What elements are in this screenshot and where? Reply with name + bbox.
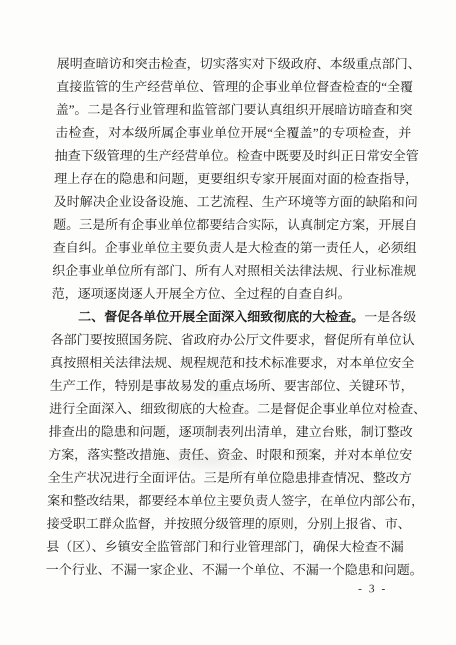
body-text: 一个行业、不漏一家企业、不漏一个单位、不漏一个隐患和问题。: [46, 562, 423, 577]
body-text: 抽查下级管理的生产经营单位。检查中既要及时纠正日常安全管: [55, 148, 419, 163]
document-line: 盖”。二是各行业管理和监管部门要认真组织开展暗访暗查和突: [55, 98, 411, 121]
document-line: 展明查暗访和突击检查，切实落实对下级政府、本级重点部门、: [56, 52, 412, 75]
document-line: 抽查下级管理的生产经营单位。检查中既要及时纠正日常安全管: [54, 144, 410, 167]
body-text: 直接监管的生产经营单位、管理的企事业单位督查检查的“全覆: [56, 79, 413, 94]
body-text: 盖”。二是各行业管理和监管部门要认真组织开展暗访暗查和突: [56, 102, 413, 117]
document-line: 排查出的隐患和问题，逐项制表列出清单，建立台账，制订整改: [48, 420, 404, 443]
document-line: 各部门要按照国务院、省政府办公厅文件要求，督促所有单位认: [50, 328, 406, 351]
document-line: 织企事业单位所有部门、所有人对照相关法律法规、行业标准规: [52, 259, 408, 282]
body-text: 范，逐项逐岗逐人开展全方位、全过程的自查自纠。: [52, 286, 351, 301]
section-heading-text: 二、督促各单位开展全面深入细致彻底的大检查。: [78, 309, 364, 324]
document-line: 真按照相关法律法规、规程规范和技术标准要求，对本单位安全: [50, 351, 406, 374]
body-text: 真按照相关法律法规、规程规范和技术标准要求，对本单位安全: [50, 355, 414, 370]
document-line: 二、督促各单位开展全面深入细致彻底的大检查。一是各级: [51, 305, 407, 328]
document-line: 方案，落实整改措施、责任、资金、时限和预案，并对本单位安: [48, 443, 404, 466]
body-text: 县（区）、乡镇安全监管部门和行业管理部门，确保大检查不漏: [46, 539, 404, 554]
document-line: 题。三是所有企事业单位都要结合实际，认真制定方案，开展自: [53, 213, 409, 236]
body-text: 击检查，对本级所属企事业单位开展“全覆盖”的专项检查，并: [55, 125, 411, 140]
document-line: 击检查，对本级所属企事业单位开展“全覆盖”的专项检查，并: [55, 121, 411, 144]
document-line: 及时解决企业设备设施、工艺流程、生产环境等方面的缺陷和问: [53, 190, 409, 213]
document-line: 进行全面深入、细致彻底的大检查。二是督促企事业单位对检查、: [49, 397, 405, 420]
body-text: 各部门要按照国务院、省政府办公厅文件要求，督促所有单位认: [51, 332, 415, 347]
body-text: 全生产状况进行全面评估。三是所有单位隐患排查情况、整改方: [48, 470, 412, 485]
body-text: 排查出的隐患和问题，逐项制表列出清单，建立台账，制订整改: [49, 424, 413, 439]
body-text: 及时解决企业设备设施、工艺流程、生产环境等方面的缺陷和问: [54, 194, 418, 209]
body-text: 查自纠。企事业单位主要负责人是大检查的第一责任人，必须组: [53, 240, 417, 255]
body-text: 生产工作，特别是事故易发的重点场所、要害部位、关键环节，: [50, 378, 414, 393]
document-line: 案和整改结果，都要经本单位主要负责人签字，在单位内部公布，: [47, 489, 403, 512]
document-line: 直接监管的生产经营单位、管理的企事业单位督查检查的“全覆: [56, 75, 412, 98]
body-text: 一是各级: [364, 309, 416, 324]
document-line: 全生产状况进行全面评估。三是所有单位隐患排查情况、整改方: [47, 466, 403, 489]
body-text: 理上存在的隐患和问题，更要组织专家开展面对面的检查指导，: [54, 171, 418, 186]
body-text: 方案，落实整改措施、责任、资金、时限和预案，并对本单位安: [48, 447, 412, 462]
body-text: 接受职工群众监督，并按照分级管理的原则，分别上报省、市、: [47, 516, 411, 531]
document-line: 接受职工群众监督，并按照分级管理的原则，分别上报省、市、: [46, 512, 402, 535]
document-line: 一个行业、不漏一家企业、不漏一个单位、不漏一个隐患和问题。: [45, 558, 401, 581]
body-text: 织企事业单位所有部门、所有人对照相关法律法规、行业标准规: [52, 263, 416, 278]
scanned-document-page: 展明查暗访和突击检查，切实落实对下级政府、本级重点部门、直接监管的生产经营单位、…: [0, 0, 456, 645]
document-body: 展明查暗访和突击检查，切实落实对下级政府、本级重点部门、直接监管的生产经营单位、…: [45, 52, 413, 612]
body-text: 案和整改结果，都要经本单位主要负责人签字，在单位内部公布，: [47, 493, 424, 508]
document-line: 理上存在的隐患和问题，更要组织专家开展面对面的检查指导，: [54, 167, 410, 190]
document-line: 县（区）、乡镇安全监管部门和行业管理部门，确保大检查不漏: [46, 535, 402, 558]
document-line: 范，逐项逐岗逐人开展全方位、全过程的自查自纠。: [51, 282, 407, 305]
body-text: 展明查暗访和突击检查，切实落实对下级政府、本级重点部门、: [57, 56, 421, 71]
body-text: 题。三是所有企事业单位都要结合实际，认真制定方案，开展自: [53, 217, 417, 232]
body-text: 进行全面深入、细致彻底的大检查。二是督促企事业单位对检查、: [49, 401, 426, 416]
page-number: - 3 -: [358, 583, 387, 595]
document-line: 生产工作，特别是事故易发的重点场所、要害部位、关键环节，: [49, 374, 405, 397]
document-line: 查自纠。企事业单位主要负责人是大检查的第一责任人，必须组: [52, 236, 408, 259]
